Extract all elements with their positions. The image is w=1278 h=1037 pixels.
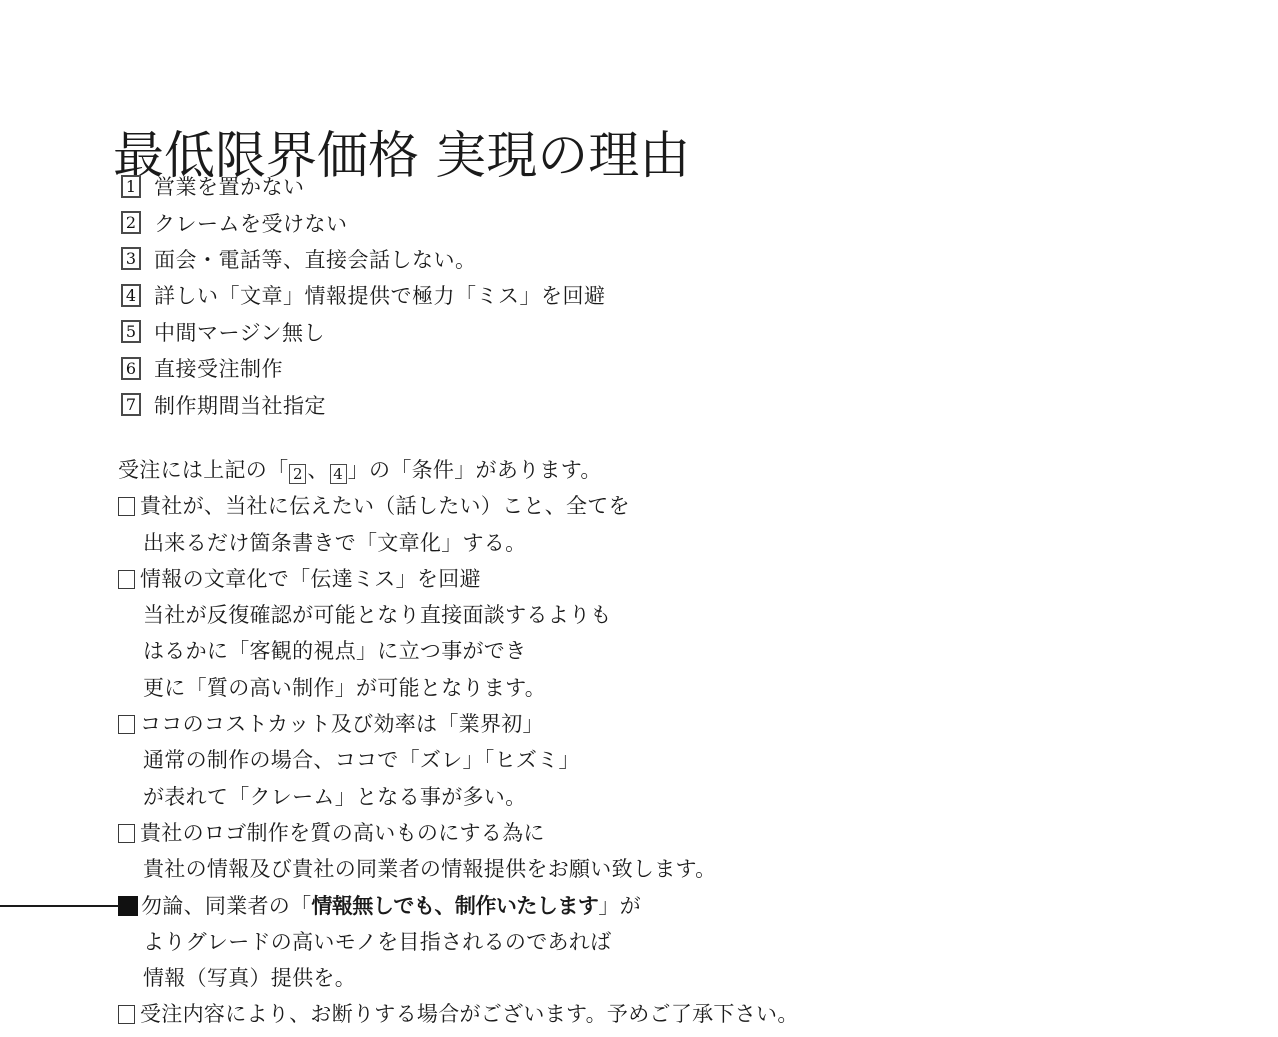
reason-label: 制作期間当社指定 <box>154 390 326 420</box>
text-line: はるかに「客観的視点」に立つ事ができ <box>118 633 799 669</box>
text-line: 情報（写真）提供を。 <box>118 960 799 996</box>
inline-number-box-icon: 4 <box>330 464 347 484</box>
reason-item: 3面会・電話等、直接会話しない。 <box>121 241 606 277</box>
text-line: よりグレードの高いモノを目指されるのであれば <box>118 924 799 960</box>
reason-label: 詳しい「文章」情報提供で極力「ミス」を回避 <box>154 280 606 310</box>
text-segment: 勿論、同業者の「 <box>141 894 311 918</box>
inline-number-box-icon: 2 <box>289 464 306 484</box>
reason-label: クレームを受けない <box>154 208 348 238</box>
checkbox-square-icon <box>118 1005 135 1024</box>
text-line: 貴社のロゴ制作を質の高いものにする為に <box>118 815 799 851</box>
text-segment: 情報（写真）提供を。 <box>143 966 356 990</box>
item-number-box-icon: 7 <box>121 393 141 416</box>
item-number-box-icon: 5 <box>121 320 141 343</box>
text-segment: 当社が反復確認が可能となり直接面談するよりも <box>143 603 612 627</box>
checkbox-square-icon <box>118 715 135 734</box>
filled-square-icon <box>118 896 138 916</box>
text-segment: よりグレードの高いモノを目指されるのであれば <box>143 930 611 954</box>
item-number-box-icon: 6 <box>121 357 141 380</box>
text-line: 当社が反復確認が可能となり直接面談するよりも <box>118 597 799 633</box>
checkbox-square-icon <box>118 497 135 516</box>
reason-label: 面会・電話等、直接会話しない。 <box>154 244 477 274</box>
reason-item: 4詳しい「文章」情報提供で極力「ミス」を回避 <box>121 277 606 313</box>
text-segment: 情報の文章化で「伝達ミス」を回避 <box>140 567 481 591</box>
text-line: が表れて「クレーム」となる事が多い。 <box>118 779 799 815</box>
text-segment: 貴社が、当社に伝えたい（話したい）こと、全てを <box>140 494 630 518</box>
reason-item: 2クレームを受けない <box>121 204 606 240</box>
item-number-box-icon: 3 <box>121 247 141 270</box>
reasons-list: 1営業を置かない2クレームを受けない3面会・電話等、直接会話しない。4詳しい「文… <box>121 168 606 423</box>
text-line: 出来るだけ箇条書きで「文章化」する。 <box>118 525 799 561</box>
text-segment: ココのコストカット及び効率は「業界初」 <box>140 712 544 736</box>
text-line: 通常の制作の場合、ココで「ズレ」「ヒズミ」 <box>118 742 799 778</box>
text-line: ココのコストカット及び効率は「業界初」 <box>118 706 799 742</box>
text-line: 貴社が、当社に伝えたい（話したい）こと、全てを <box>118 488 799 524</box>
text-line: 貴社の情報及び貴社の同業者の情報提供をお願い致します。 <box>118 851 799 887</box>
item-number-box-icon: 4 <box>121 284 141 307</box>
document-page: 最低限界価格 実現の理由 1営業を置かない2クレームを受けない3面会・電話等、直… <box>0 0 1278 1037</box>
text-line: 受注内容により、お断りする場合がございます。予めご了承下さい。 <box>118 996 799 1032</box>
reason-label: 営業を置かない <box>154 171 305 201</box>
item-number-box-icon: 2 <box>121 211 141 234</box>
checkbox-square-icon <box>118 824 135 843</box>
text-line: 情報の文章化で「伝達ミス」を回避 <box>118 561 799 597</box>
reason-label: 直接受注制作 <box>154 353 283 383</box>
reason-item: 6直接受注制作 <box>121 350 606 386</box>
reason-item: 5中間マージン無し <box>121 314 606 350</box>
text-segment: 」の「条件」があります。 <box>348 458 602 482</box>
text-segment: 、 <box>307 458 328 482</box>
reason-label: 中間マージン無し <box>154 317 325 347</box>
emphasized-text: 情報無しでも、制作いたします <box>311 894 598 918</box>
text-segment: 貴社のロゴ制作を質の高いものにする為に <box>140 821 545 845</box>
conditions-text-block: 受注には上記の「2、4」の「条件」があります。貴社が、当社に伝えたい（話したい）… <box>118 452 799 1033</box>
text-segment: はるかに「客観的視点」に立つ事ができ <box>143 639 526 663</box>
text-line: 勿論、同業者の「情報無しでも、制作いたします」が <box>118 888 799 924</box>
text-segment: 更に「質の高い制作」が可能となります。 <box>143 676 546 700</box>
text-segment: 」が <box>598 894 641 918</box>
text-segment: 通常の制作の場合、ココで「ズレ」「ヒズミ」 <box>143 748 580 772</box>
text-segment: 受注内容により、お断りする場合がございます。予めご了承下さい。 <box>140 1002 799 1026</box>
reason-item: 7制作期間当社指定 <box>121 386 606 422</box>
text-segment: 受注には上記の「 <box>118 458 288 482</box>
checkbox-square-icon <box>118 570 135 589</box>
reason-item: 1営業を置かない <box>121 168 606 204</box>
text-line: 受注には上記の「2、4」の「条件」があります。 <box>118 452 799 488</box>
text-segment: 貴社の情報及び貴社の同業者の情報提供をお願い致します。 <box>143 857 716 881</box>
callout-rule-line <box>0 905 119 907</box>
text-segment: が表れて「クレーム」となる事が多い。 <box>143 785 526 809</box>
text-segment: 出来るだけ箇条書きで「文章化」する。 <box>143 531 526 555</box>
item-number-box-icon: 1 <box>121 175 141 198</box>
text-line: 更に「質の高い制作」が可能となります。 <box>118 670 799 706</box>
